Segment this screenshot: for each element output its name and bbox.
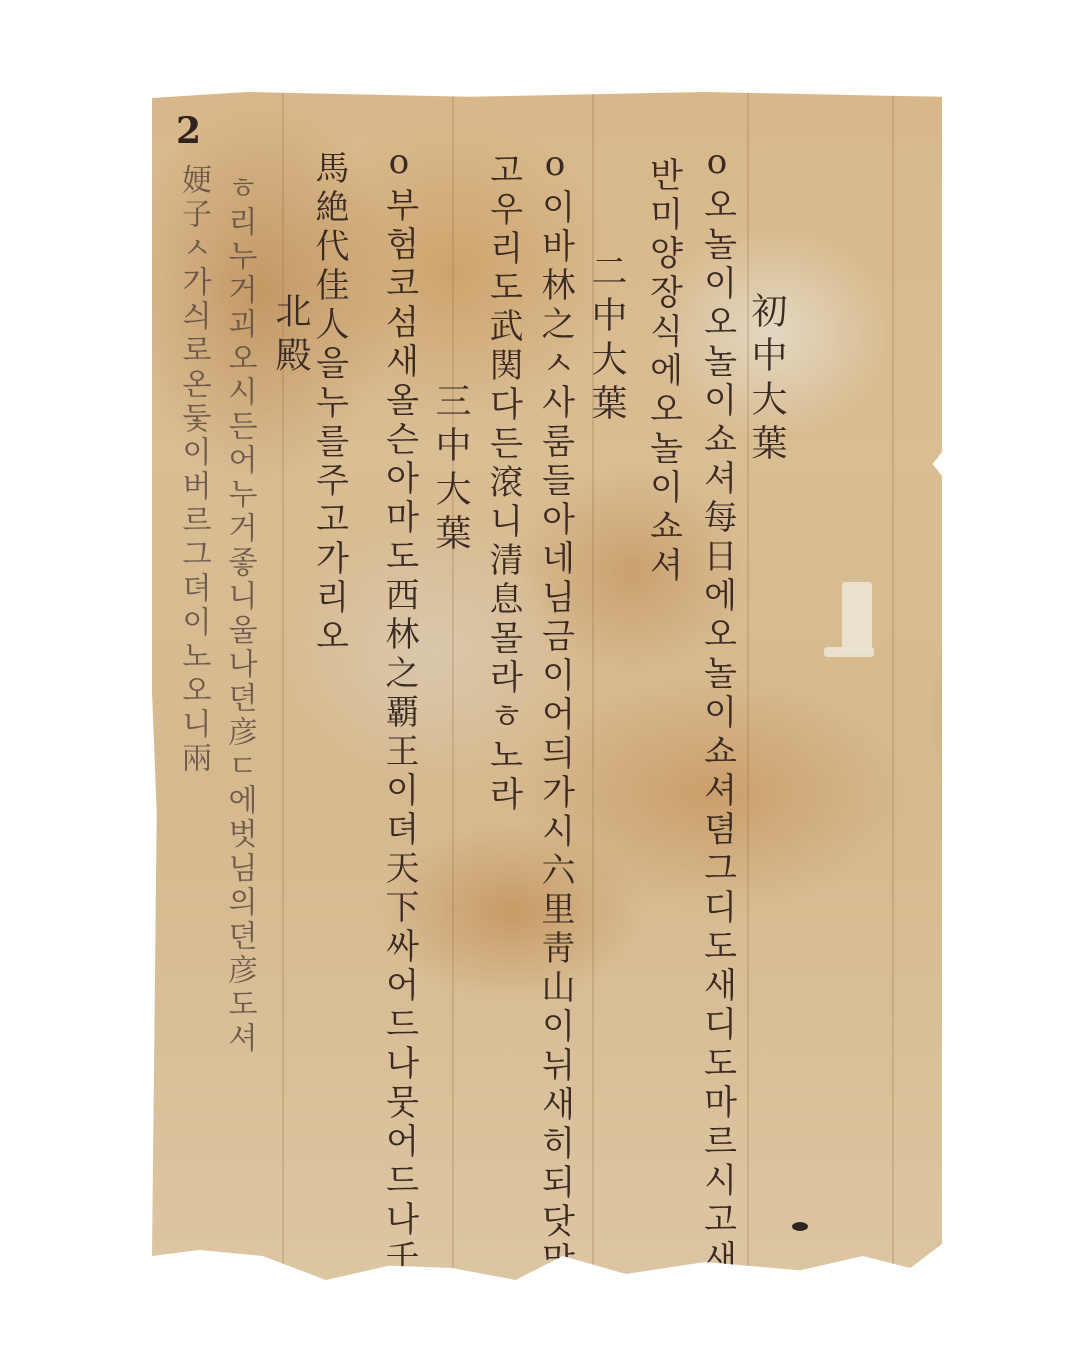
verse-column: o오놀이오놀이쇼셔每日에오놀이쇼셔뎜그디도새디도마르시고새라 bbox=[700, 142, 734, 1318]
verse-column: o부험코섬새올슨아마도西林之覇王이뎌天下싸어드나뭇어드나千里 bbox=[382, 142, 416, 1318]
verse-column: ㅎ리누거괴오시든어누거좋니울나뎐彦ㄷ에벗님의뎐彦도셔 bbox=[224, 172, 254, 1056]
paper-tear bbox=[842, 582, 872, 652]
verse-column: o이바林之ㅅ사룸들아네님금이어듸가시六里靑山이뉘새히되닷말 bbox=[538, 144, 572, 1281]
verse-column: 고우리도武関다든滾니清息몰라ㅎ노라 bbox=[486, 152, 520, 815]
fold-line bbox=[282, 92, 284, 1292]
fold-line bbox=[892, 92, 894, 1292]
verse-column: 馬絶代佳人을누를주고가리오 bbox=[312, 150, 346, 657]
section-heading-bukjeon: 北殿 bbox=[272, 292, 308, 380]
fold-line bbox=[747, 92, 749, 1292]
verse-column: 반미양장식에오놀이쇼셔 bbox=[646, 157, 680, 586]
section-heading-chojung-daeyeop: 初中大葉 bbox=[748, 292, 784, 468]
fold-line bbox=[452, 92, 454, 1292]
section-heading-ijung-daeyeop: 二中大葉 bbox=[588, 252, 624, 428]
manuscript-page: 2 初中大葉 o오놀이오놀이쇼셔每日에오놀이쇼셔뎜그디도새디도마르시고새라 반미… bbox=[152, 92, 942, 1292]
verse-column: 㛐子ㅅ가싀로온둧이버르그뎌이노오니兩 bbox=[178, 164, 208, 776]
section-heading-samjung-daeyeop: 三中大葉 bbox=[432, 382, 468, 558]
ink-blot bbox=[792, 1222, 808, 1231]
page-number: 2 bbox=[176, 110, 201, 152]
paper-tear bbox=[824, 647, 874, 657]
